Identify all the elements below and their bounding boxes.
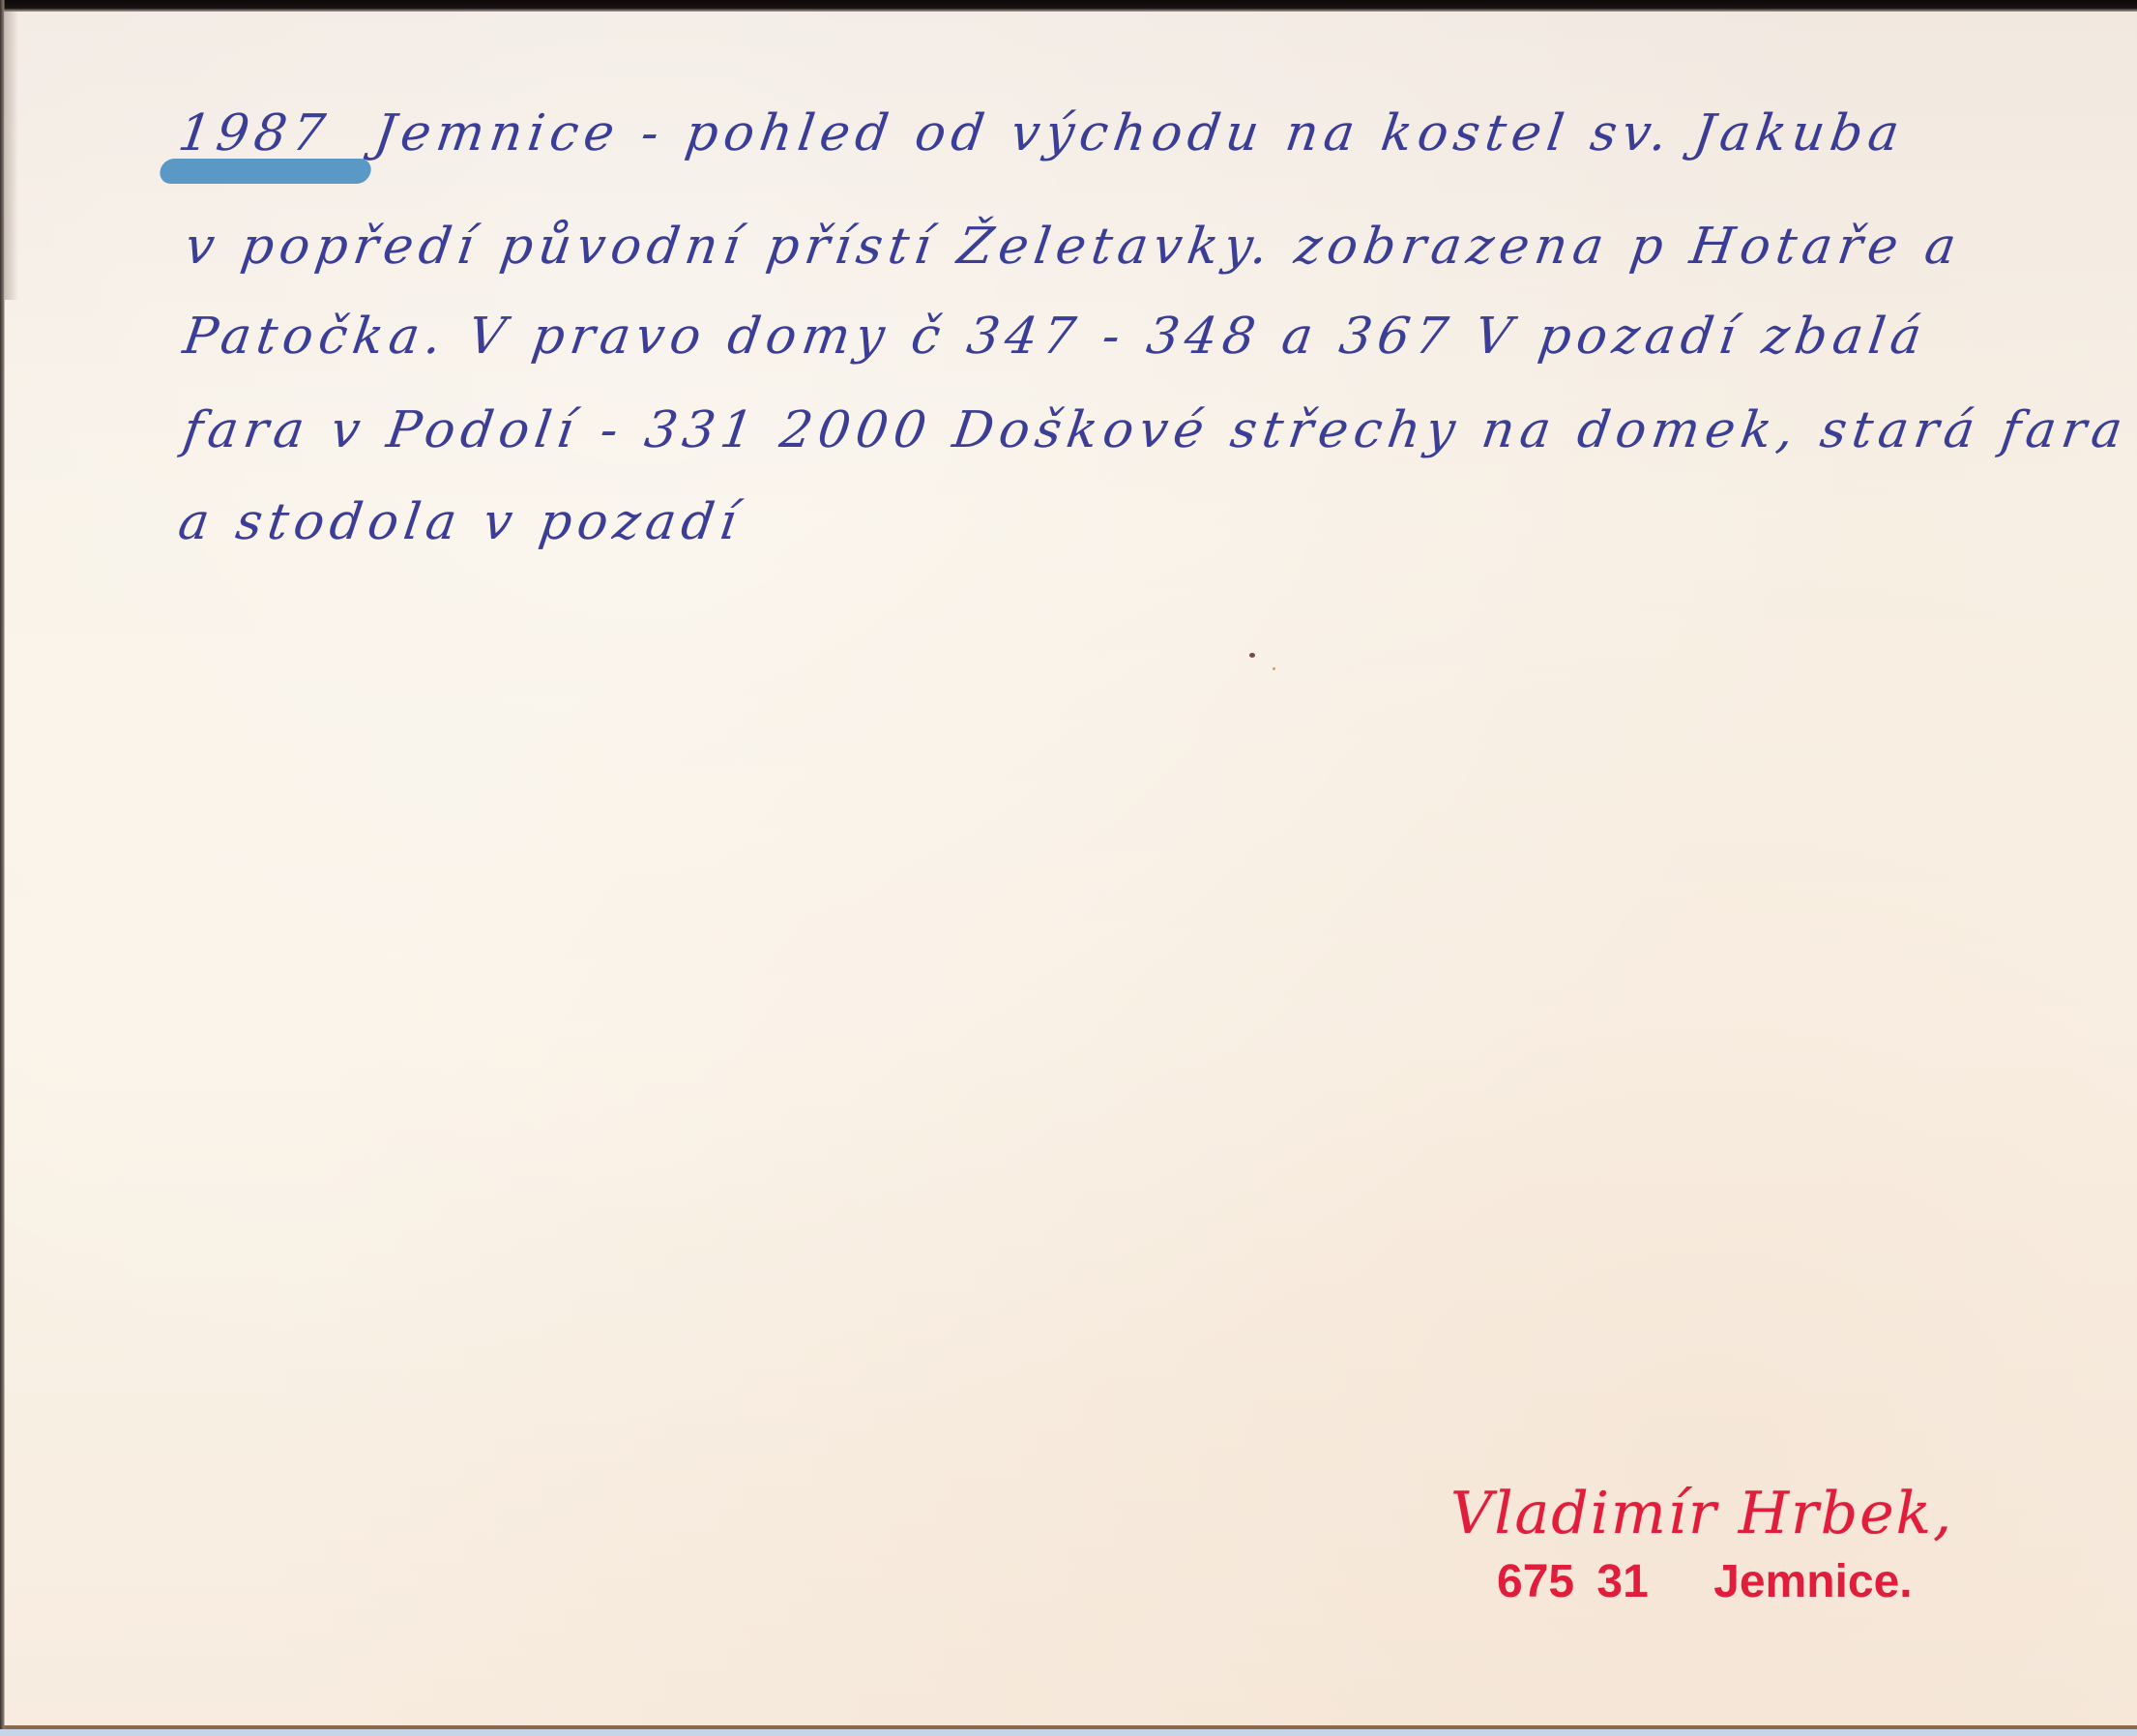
handwritten-note: 1987 Jemnice - pohled od východu na kost…: [0, 0, 2137, 677]
stamp-city: Jemnice.: [1713, 1556, 1912, 1607]
stamp-postal-code: 675 31: [1497, 1556, 1649, 1607]
stamp-name: Vladimír Hrbek,: [1450, 1480, 1953, 1547]
paper-speck: [1273, 667, 1275, 670]
note-line-5: a stodola v pozadí: [175, 493, 746, 551]
address-stamp: Vladimír Hrbek, 675 31 Jemnice.: [1450, 1480, 1953, 1608]
note-line-2: v popředí původní přístí Želetavky. zobr…: [182, 218, 1965, 276]
note-line-1-text: Jemnice - pohled od východu na kostel sv…: [371, 104, 1909, 162]
note-year: 1987: [175, 104, 356, 162]
paper-speck: [1249, 653, 1255, 658]
bottom-background-strip: [0, 1729, 2137, 1736]
note-line-1: 1987 Jemnice - pohled od východu na kost…: [175, 104, 1909, 162]
note-line-3: Patočka. V pravo domy č 347 - 348 a 367 …: [180, 308, 1931, 366]
note-line-4: fara v Podolí - 331 2000 Doškové střechy…: [180, 401, 2137, 459]
stamp-address: 675 31 Jemnice.: [1497, 1555, 1953, 1608]
